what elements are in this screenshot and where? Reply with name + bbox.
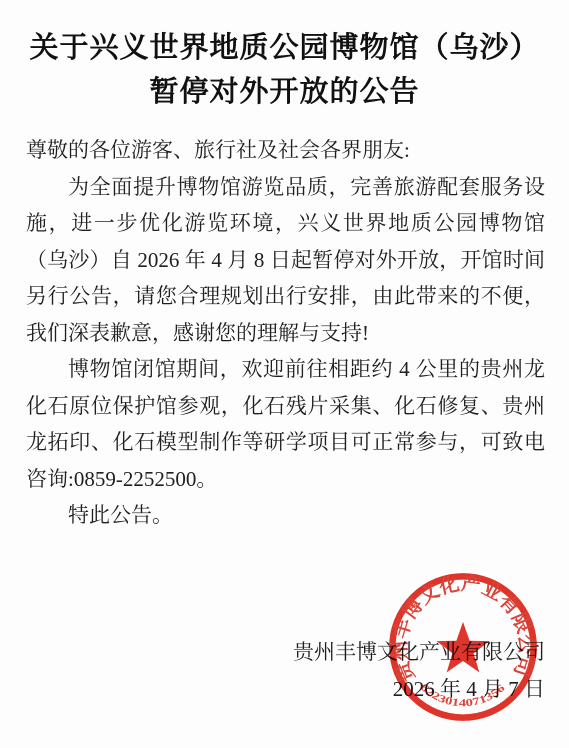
- salutation: 尊敬的各位游客、旅行社及社会各界朋友:: [26, 132, 545, 169]
- page-title: 关于兴义世界地质公园博物馆（乌沙） 暂停对外开放的公告: [0, 26, 569, 114]
- closing-statement: 特此公告。: [26, 497, 545, 534]
- paragraph-alternative-visit: 博物馆闭馆期间，欢迎前往相距约 4 公里的贵州龙化石原位保护馆参观，化石残片采集…: [26, 351, 545, 497]
- paragraph-closure-notice: 为全面提升博物馆游览品质，完善旅游配套服务设施，进一步优化游览环境，兴义世界地质…: [26, 169, 545, 352]
- title-line-2: 暂停对外开放的公告: [0, 70, 569, 114]
- title-line-1: 关于兴义世界地质公园博物馆（乌沙）: [0, 26, 569, 70]
- signature-date: 2026 年 4 月 7 日: [293, 671, 545, 708]
- announcement-page: 关于兴义世界地质公园博物馆（乌沙） 暂停对外开放的公告 尊敬的各位游客、旅行社及…: [0, 0, 569, 748]
- announcement-body: 尊敬的各位游客、旅行社及社会各界朋友: 为全面提升博物馆游览品质，完善旅游配套服…: [26, 132, 545, 534]
- signature-company: 贵州丰博文化产业有限公司: [293, 634, 545, 671]
- signature-block: 贵州丰博文化产业有限公司 2026 年 4 月 7 日: [293, 634, 545, 708]
